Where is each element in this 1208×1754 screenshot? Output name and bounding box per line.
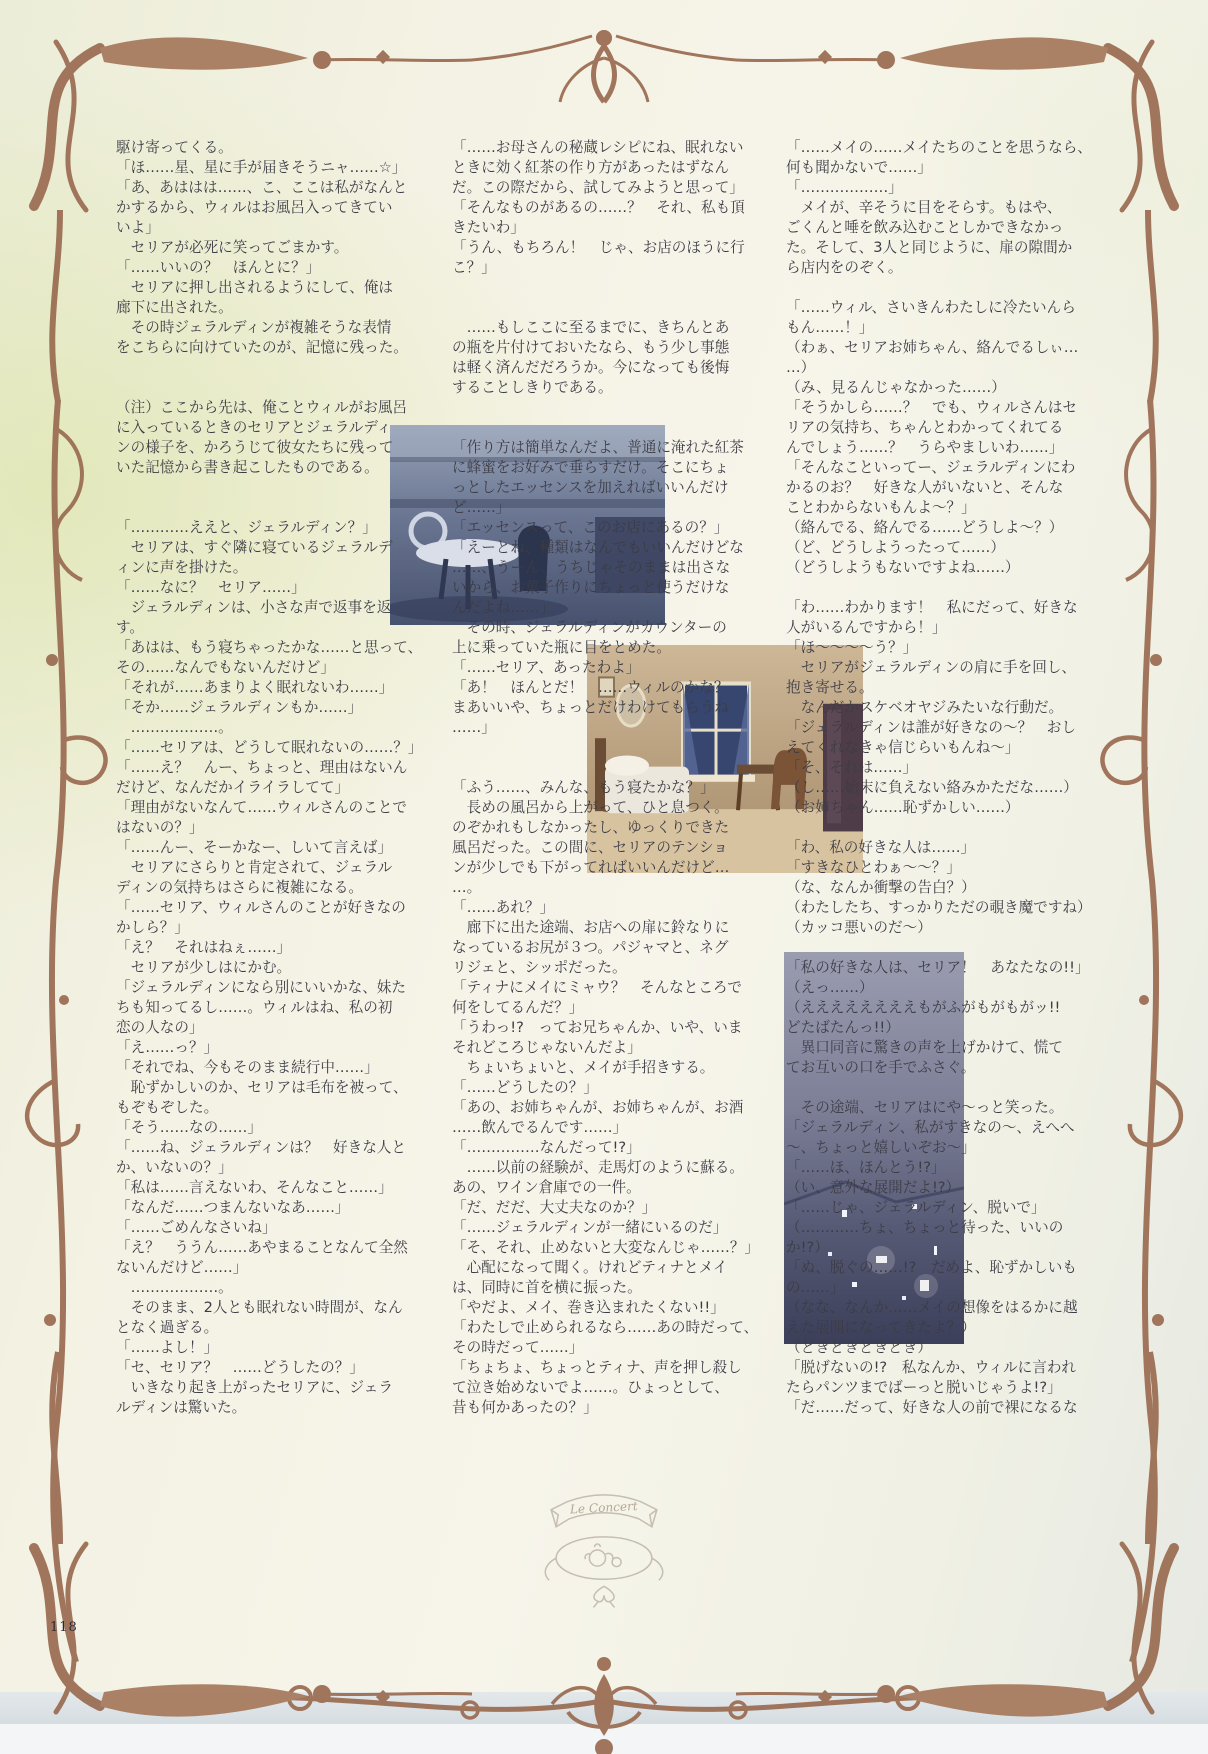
artbook-script-page: 駆け寄ってくる。 「ほ……星、星に手が届きそうニャ……☆」 「あ、あははは……、… <box>0 0 1208 1754</box>
page-number: 118 <box>50 1620 78 1635</box>
scan-bottom-band <box>0 1692 1208 1724</box>
le-concert-badge-art: Le Concert <box>536 1487 672 1609</box>
text-column-middle: 「……お母さんの秘蔵レシピにね、眠れない ときに効く紅茶の作り方があったはずなん… <box>452 138 759 1418</box>
scan-bottom-edge <box>0 1724 1208 1754</box>
le-concert-badge: Le Concert <box>536 1487 672 1609</box>
badge-label: Le Concert <box>569 1499 639 1517</box>
text-column-right: 「……メイの……メイたちのことを思うなら、 何も聞かないで……」 「………………… <box>786 138 1092 1418</box>
text-column-left: 駆け寄ってくる。 「ほ……星、星に手が届きそうニャ……☆」 「あ、あははは……、… <box>116 138 422 1418</box>
